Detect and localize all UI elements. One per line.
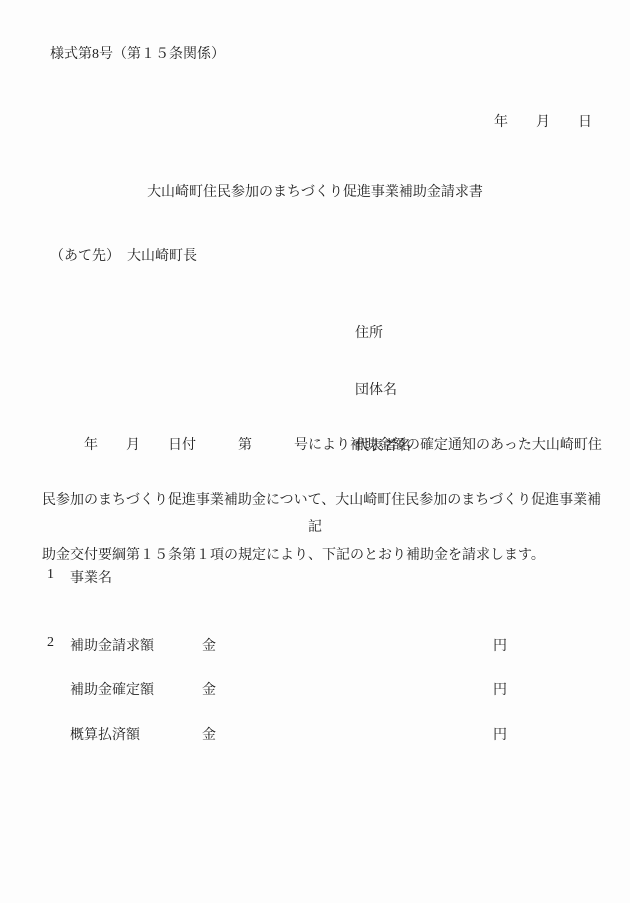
body-line-1: 年 月 日付 第 号により補助金額の確定通知のあった大山崎町住 <box>42 434 610 457</box>
amount-suffix: 円 <box>493 635 507 655</box>
date-placeholder: 年 月 日 <box>494 115 592 131</box>
item-row-provisional-paid-amount: 概算払済額 金 円 <box>0 724 630 742</box>
amount-prefix: 金 <box>202 679 216 699</box>
document-page: 様式第8号（第１５条関係） 年 月 日 大山崎町住民参加のまちづくり促進事業補助… <box>0 0 630 903</box>
item-label: 事業名 <box>70 567 112 587</box>
item-label: 概算払済額 <box>70 724 140 744</box>
addressee: （あて先） 大山崎町長 <box>50 249 197 265</box>
item-number: 1 <box>47 567 54 583</box>
item-label: 補助金請求額 <box>70 635 154 655</box>
form-number: 様式第8号（第１５条関係） <box>50 47 225 63</box>
document-title: 大山崎町住民参加のまちづくり促進事業補助金請求書 <box>0 185 630 201</box>
body-line-3: 助金交付要綱第１５条第１項の規定により、下記のとおり補助金を請求します。 <box>42 544 610 567</box>
amount-suffix: 円 <box>493 724 507 744</box>
item-row-confirmed-amount: 補助金確定額 金 円 <box>0 679 630 697</box>
address-label: 住所 <box>355 322 411 347</box>
amount-prefix: 金 <box>202 724 216 744</box>
item-number: 2 <box>47 635 54 651</box>
amount-suffix: 円 <box>493 679 507 699</box>
item-row-project-name: 1 事業名 <box>0 567 630 585</box>
item-row-requested-amount: 2 補助金請求額 金 円 <box>0 635 630 653</box>
amount-prefix: 金 <box>202 635 216 655</box>
body-line-2: 民参加のまちづくり促進事業補助金について、大山崎町住民参加のまちづくり促進事業補 <box>42 489 610 512</box>
section-marker: 記 <box>0 520 630 536</box>
organization-label: 団体名 <box>355 379 411 404</box>
item-label: 補助金確定額 <box>70 679 154 699</box>
